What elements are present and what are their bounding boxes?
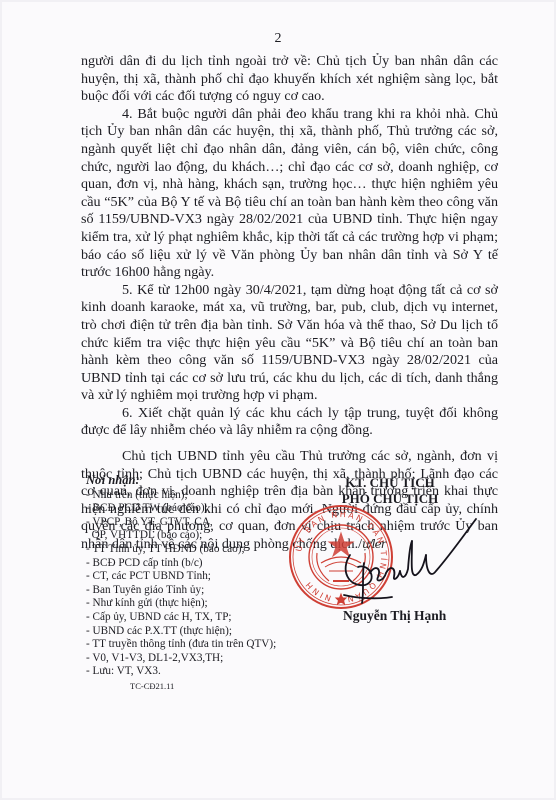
recipient-item: - BCĐ PCD cấp tỉnh (b/c) [86, 557, 306, 571]
recipients-title: Nơi nhận: [86, 474, 306, 488]
paragraph-continuation: người dân đi du lịch tỉnh ngoài trở về: … [81, 53, 498, 106]
page-number: 2 [0, 31, 556, 47]
recipient-item: - Cấp ủy, UBND các H, TX, TP; [86, 611, 306, 625]
recipient-item: - VPCP, Bộ YT, GTVT, CA, [86, 516, 306, 530]
paragraph-item-5: 5. Kể từ 12h00 ngày 30/4/2021, tạm dừng … [81, 282, 498, 405]
signer-authority: KT. CHỦ TỊCH [300, 475, 480, 491]
recipients-block: Nơi nhận: - Như trên (thực hiện); - BCĐ … [86, 474, 306, 694]
recipient-item: - Như kính gửi (thực hiện); [86, 597, 306, 611]
handwritten-signature-icon [340, 515, 480, 610]
document-page: 2 người dân đi du lịch tỉnh ngoài trở về… [0, 0, 556, 800]
paragraph-item-4: 4. Bắt buộc người dân phải đeo khẩu tran… [81, 106, 498, 282]
signer-name: Nguyễn Thị Hạnh [343, 608, 446, 624]
recipient-item: - Lưu: VT, VX3. [86, 665, 306, 679]
paragraph-item-6: 6. Xiết chặt quản lý các khu cách ly tập… [81, 405, 498, 440]
recipient-item: - UBND các P.X.TT (thực hiện); [86, 625, 306, 639]
recipients-list: - Như trên (thực hiện); - BCĐ PCD TW (bá… [86, 489, 306, 679]
recipient-item: - V0, V1-V3, DL1-2,VX3,TH; [86, 652, 306, 666]
recipient-item: - Như trên (thực hiện); [86, 489, 306, 503]
recipient-item: - CT, các PCT UBND Tỉnh; [86, 570, 306, 584]
recipient-item: - Ban Tuyên giáo Tỉnh ủy; [86, 584, 306, 598]
recipient-item: - TT truyền thông tỉnh (đưa tin trên QTV… [86, 638, 306, 652]
recipient-item: - BCĐ PCD TW (báo cáo); [86, 502, 306, 516]
document-code: TC-CĐ21.11 [130, 680, 306, 694]
recipient-item: - TT Tỉnh ủy, TT HĐND (báo cáo); [86, 543, 306, 557]
recipient-item: QP, VHTTDL (báo cáo); [86, 529, 306, 543]
